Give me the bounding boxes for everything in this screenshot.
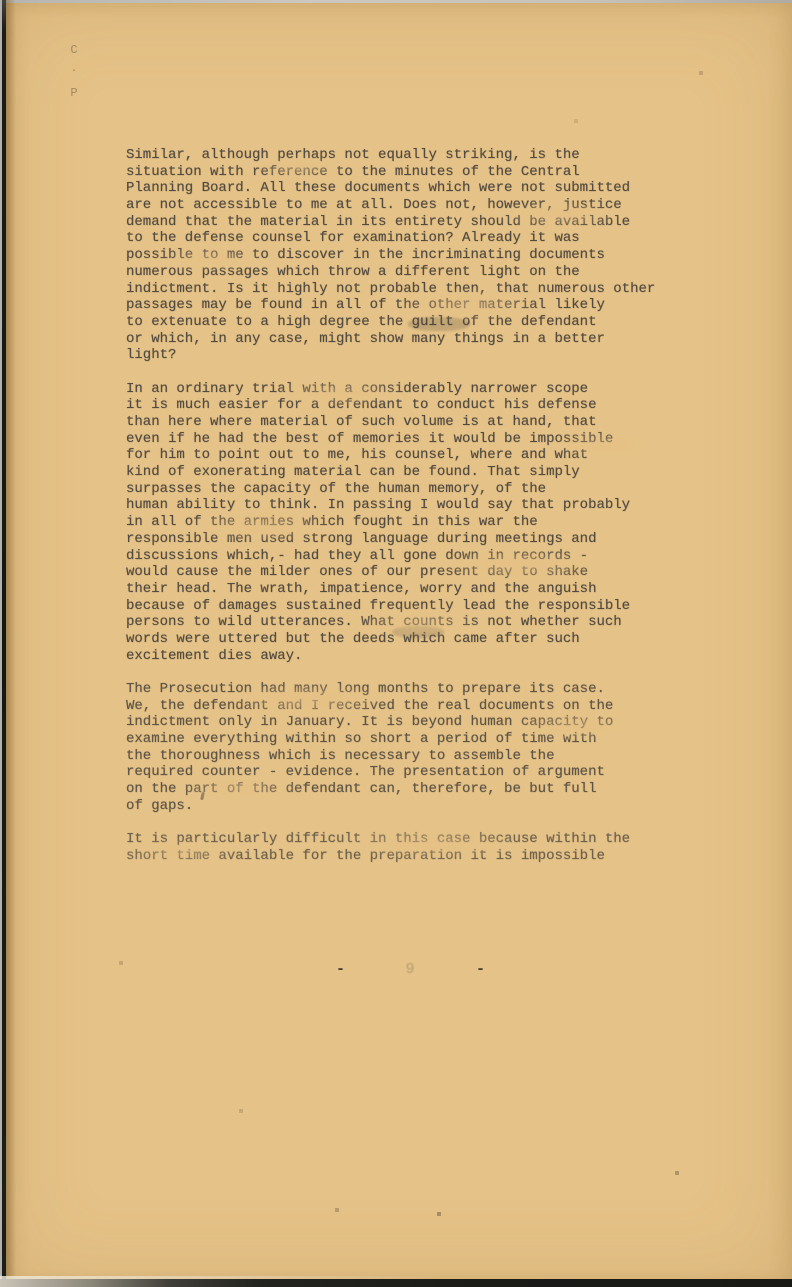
text-line: are not accessible to me at all. Does no… bbox=[126, 197, 671, 214]
text-line: in all of the armies which fought in thi… bbox=[126, 514, 671, 531]
pencil-mark: . bbox=[64, 65, 84, 75]
pencil-mark: P bbox=[64, 87, 84, 99]
text-line: it is much easier for a defendant to con… bbox=[126, 397, 671, 414]
text-line: excitement dies away. bbox=[126, 648, 671, 665]
text-line: Similar, although perhaps not equally st… bbox=[126, 147, 671, 164]
text-line: It is particularly difficult in this cas… bbox=[126, 831, 671, 848]
text-line: possible to me to discover in the incrim… bbox=[126, 247, 671, 264]
text-line: of gaps. bbox=[126, 798, 671, 815]
scan-edge-bottom bbox=[0, 1279, 792, 1287]
page-number: - 9 - bbox=[336, 961, 484, 978]
text-line: even if he had the best of memories it w… bbox=[126, 431, 671, 448]
text-line: because of damages sustained frequently … bbox=[126, 598, 671, 615]
text-line: their head. The wrath, impatience, worry… bbox=[126, 581, 671, 598]
text-line: light? bbox=[126, 347, 671, 364]
text-line: persons to wild utterances. What counts … bbox=[126, 614, 671, 631]
text-line: for him to point out to me, his counsel,… bbox=[126, 447, 671, 464]
text-line: or which, in any case, might show many t… bbox=[126, 331, 671, 348]
paragraph: Similar, although perhaps not equally st… bbox=[126, 147, 671, 364]
text-line: demand that the material in its entirety… bbox=[126, 214, 671, 231]
pencil-mark: C bbox=[64, 44, 84, 56]
text-line: examine everything within so short a per… bbox=[126, 731, 671, 748]
text-line: to the defense counsel for examination? … bbox=[126, 230, 671, 247]
text-line: discussions which,- had they all gone do… bbox=[126, 548, 671, 565]
text-line: required counter - evidence. The present… bbox=[126, 764, 671, 781]
text-line: on the part of the defendant can, theref… bbox=[126, 781, 671, 798]
text-line: In an ordinary trial with a considerably… bbox=[126, 381, 671, 398]
text-line: kind of exonerating material can be foun… bbox=[126, 464, 671, 481]
text-line: short time available for the preparation… bbox=[126, 848, 671, 865]
text-line: human ability to think. In passing I wou… bbox=[126, 497, 671, 514]
scan-edge-top bbox=[0, 0, 792, 3]
paragraph: It is particularly difficult in this cas… bbox=[126, 831, 671, 864]
text-line: indictment only in January. It is beyond… bbox=[126, 714, 671, 731]
page-number-left-dash: - bbox=[336, 961, 344, 978]
text-line: passages may be found in all of the othe… bbox=[126, 297, 671, 314]
text-line: numerous passages which throw a differen… bbox=[126, 264, 671, 281]
text-line: the thoroughness which is necessary to a… bbox=[126, 748, 671, 765]
text-line: than here where material of such volume … bbox=[126, 414, 671, 431]
typewritten-text: Similar, although perhaps not equally st… bbox=[126, 147, 671, 881]
text-line: We, the defendant and I received the rea… bbox=[126, 698, 671, 715]
text-line: to extenuate to a high degree the guilt … bbox=[126, 314, 671, 331]
paper-left-shadow bbox=[6, 0, 16, 1287]
text-line: Planning Board. All these documents whic… bbox=[126, 180, 671, 197]
text-line: words were uttered but the deeds which c… bbox=[126, 631, 671, 648]
paragraph: The Prosecution had many long months to … bbox=[126, 681, 671, 815]
page-number-digit: 9 bbox=[405, 961, 414, 978]
text-line: surpasses the capacity of the human memo… bbox=[126, 481, 671, 498]
text-line: The Prosecution had many long months to … bbox=[126, 681, 671, 698]
text-line: responsible men used strong language dur… bbox=[126, 531, 671, 548]
paragraph: In an ordinary trial with a considerably… bbox=[126, 381, 671, 665]
text-line: indictment. Is it highly not probable th… bbox=[126, 281, 671, 298]
text-line: situation with reference to the minutes … bbox=[126, 164, 671, 181]
pencil-margin-marks: C . P bbox=[64, 44, 84, 99]
page-number-right-dash: - bbox=[476, 961, 484, 978]
text-line: would cause the milder ones of our prese… bbox=[126, 564, 671, 581]
scanned-document-page: C . P Similar, although perhaps not equa… bbox=[0, 0, 792, 1287]
